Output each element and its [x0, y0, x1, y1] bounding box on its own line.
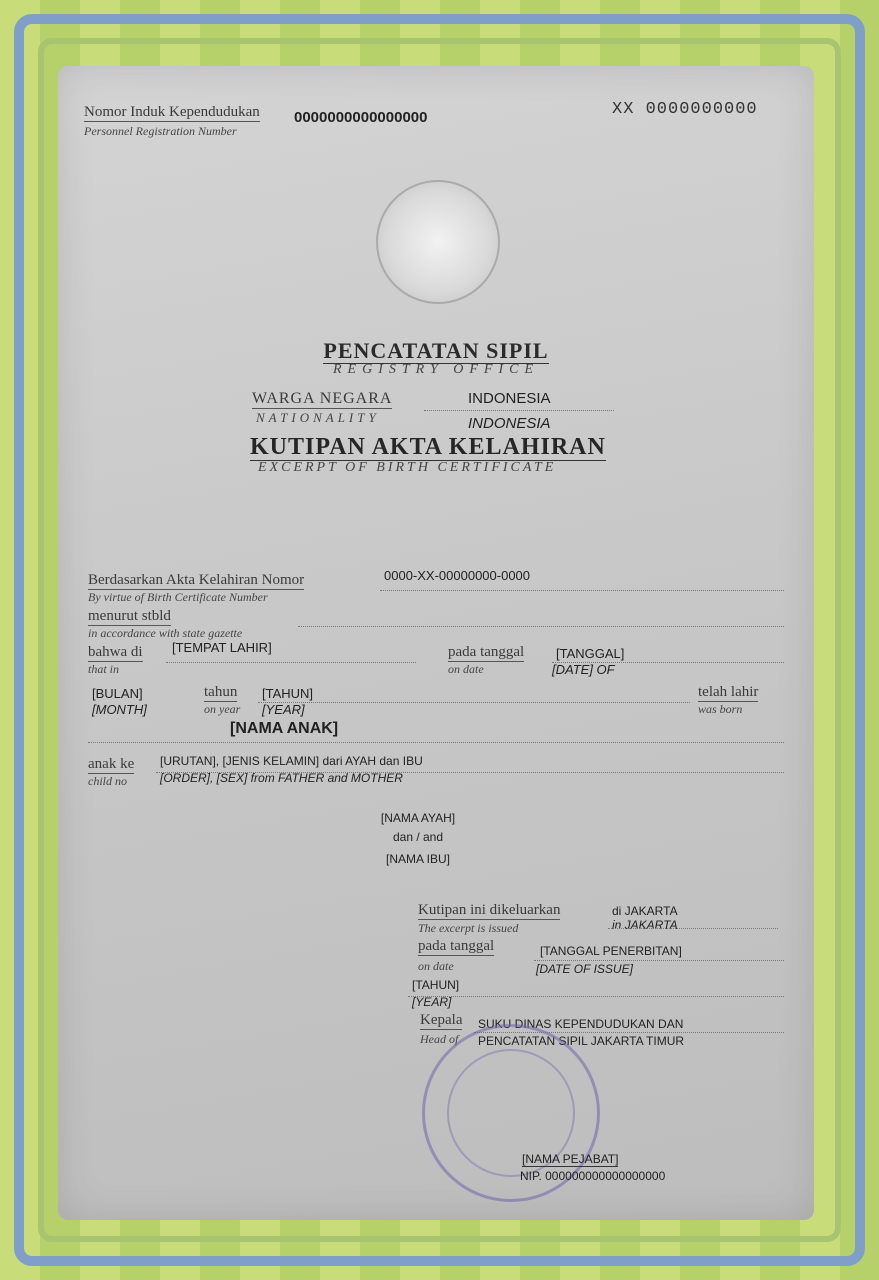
child-no-value-en: [ORDER], [SEX] from FATHER and MOTHER — [160, 771, 403, 785]
year-value-en: [YEAR] — [262, 702, 305, 717]
born-label: telah lahir — [698, 684, 758, 702]
month-value: [BULAN] — [92, 686, 143, 701]
year-label-en: on year — [204, 702, 240, 717]
place-label-en: that in — [88, 662, 119, 677]
date-value-en: [DATE] OF — [552, 662, 615, 677]
registration-label: Nomor Induk Kependudukan — [84, 104, 260, 122]
nationality-value: INDONESIA — [468, 390, 551, 407]
place-value: [TEMPAT LAHIR] — [172, 640, 272, 655]
official-name: [NAMA PEJABAT] — [522, 1152, 618, 1167]
born-label-en: was born — [698, 702, 742, 717]
month-value-en: [MONTH] — [92, 702, 147, 717]
national-emblem-icon — [376, 180, 500, 304]
mother-name: [NAMA IBU] — [288, 852, 548, 866]
cert-number-label-en: By virtue of Birth Certificate Number — [88, 590, 268, 605]
registration-number: 0000000000000000 — [294, 109, 427, 126]
child-name: [NAMA ANAK] — [230, 720, 338, 738]
issued-label-en: The excerpt is issued — [418, 921, 518, 936]
child-no-label-en: child no — [88, 774, 127, 789]
cert-number-label: Berdasarkan Akta Kelahiran Nomor — [88, 572, 304, 590]
date-label-en: on date — [448, 662, 484, 677]
cert-number-value: 0000-XX-00000000-0000 — [384, 568, 530, 583]
certificate-paper: Nomor Induk Kependudukan Personnel Regis… — [58, 66, 814, 1220]
issue-year-value: [TAHUN] — [412, 978, 459, 992]
issue-date-label-en: on date — [418, 959, 454, 974]
year-label: tahun — [204, 684, 237, 702]
and-text: dan / and — [288, 830, 548, 844]
issued-place-en: in JAKARTA — [612, 918, 678, 932]
father-name: [NAMA AYAH] — [288, 811, 548, 825]
head-label: Kepala — [420, 1012, 462, 1030]
official-id: NIP. 000000000000000000 — [520, 1169, 665, 1183]
issued-label: Kutipan ini dikeluarkan — [418, 902, 560, 920]
place-label: bahwa di — [88, 644, 143, 662]
registration-sublabel: Personnel Registration Number — [84, 124, 237, 139]
office-title-en: REGISTRY OFFICE — [58, 362, 814, 378]
issue-year-value-en: [YEAR] — [412, 995, 451, 1009]
document-title-en: EXCERPT OF BIRTH CERTIFICATE — [258, 460, 556, 476]
stbld-label-en: in accordance with state gazette — [88, 626, 242, 641]
child-no-value: [URUTAN], [JENIS KELAMIN] dari AYAH dan … — [160, 754, 423, 768]
date-value: [TANGGAL] — [556, 646, 624, 661]
year-value: [TAHUN] — [262, 686, 313, 701]
date-label: pada tanggal — [448, 644, 524, 662]
nationality-value-en: INDONESIA — [468, 415, 551, 432]
issue-date-label: pada tanggal — [418, 938, 494, 956]
issue-date-value: [TANGGAL PENERBITAN] — [540, 944, 682, 958]
issued-place: di JAKARTA — [612, 904, 678, 918]
stbld-label: menurut stbld — [88, 608, 171, 626]
serial-number: XX 0000000000 — [612, 100, 758, 119]
child-no-label: anak ke — [88, 756, 134, 774]
issue-date-value-en: [DATE OF ISSUE] — [536, 962, 633, 976]
nationality-label: WARGA NEGARA — [252, 390, 392, 409]
office-title: PENCATATAN SIPIL — [323, 338, 548, 364]
document-title: KUTIPAN AKTA KELAHIRAN — [250, 434, 606, 461]
nationality-label-en: NATIONALITY — [256, 410, 380, 426]
